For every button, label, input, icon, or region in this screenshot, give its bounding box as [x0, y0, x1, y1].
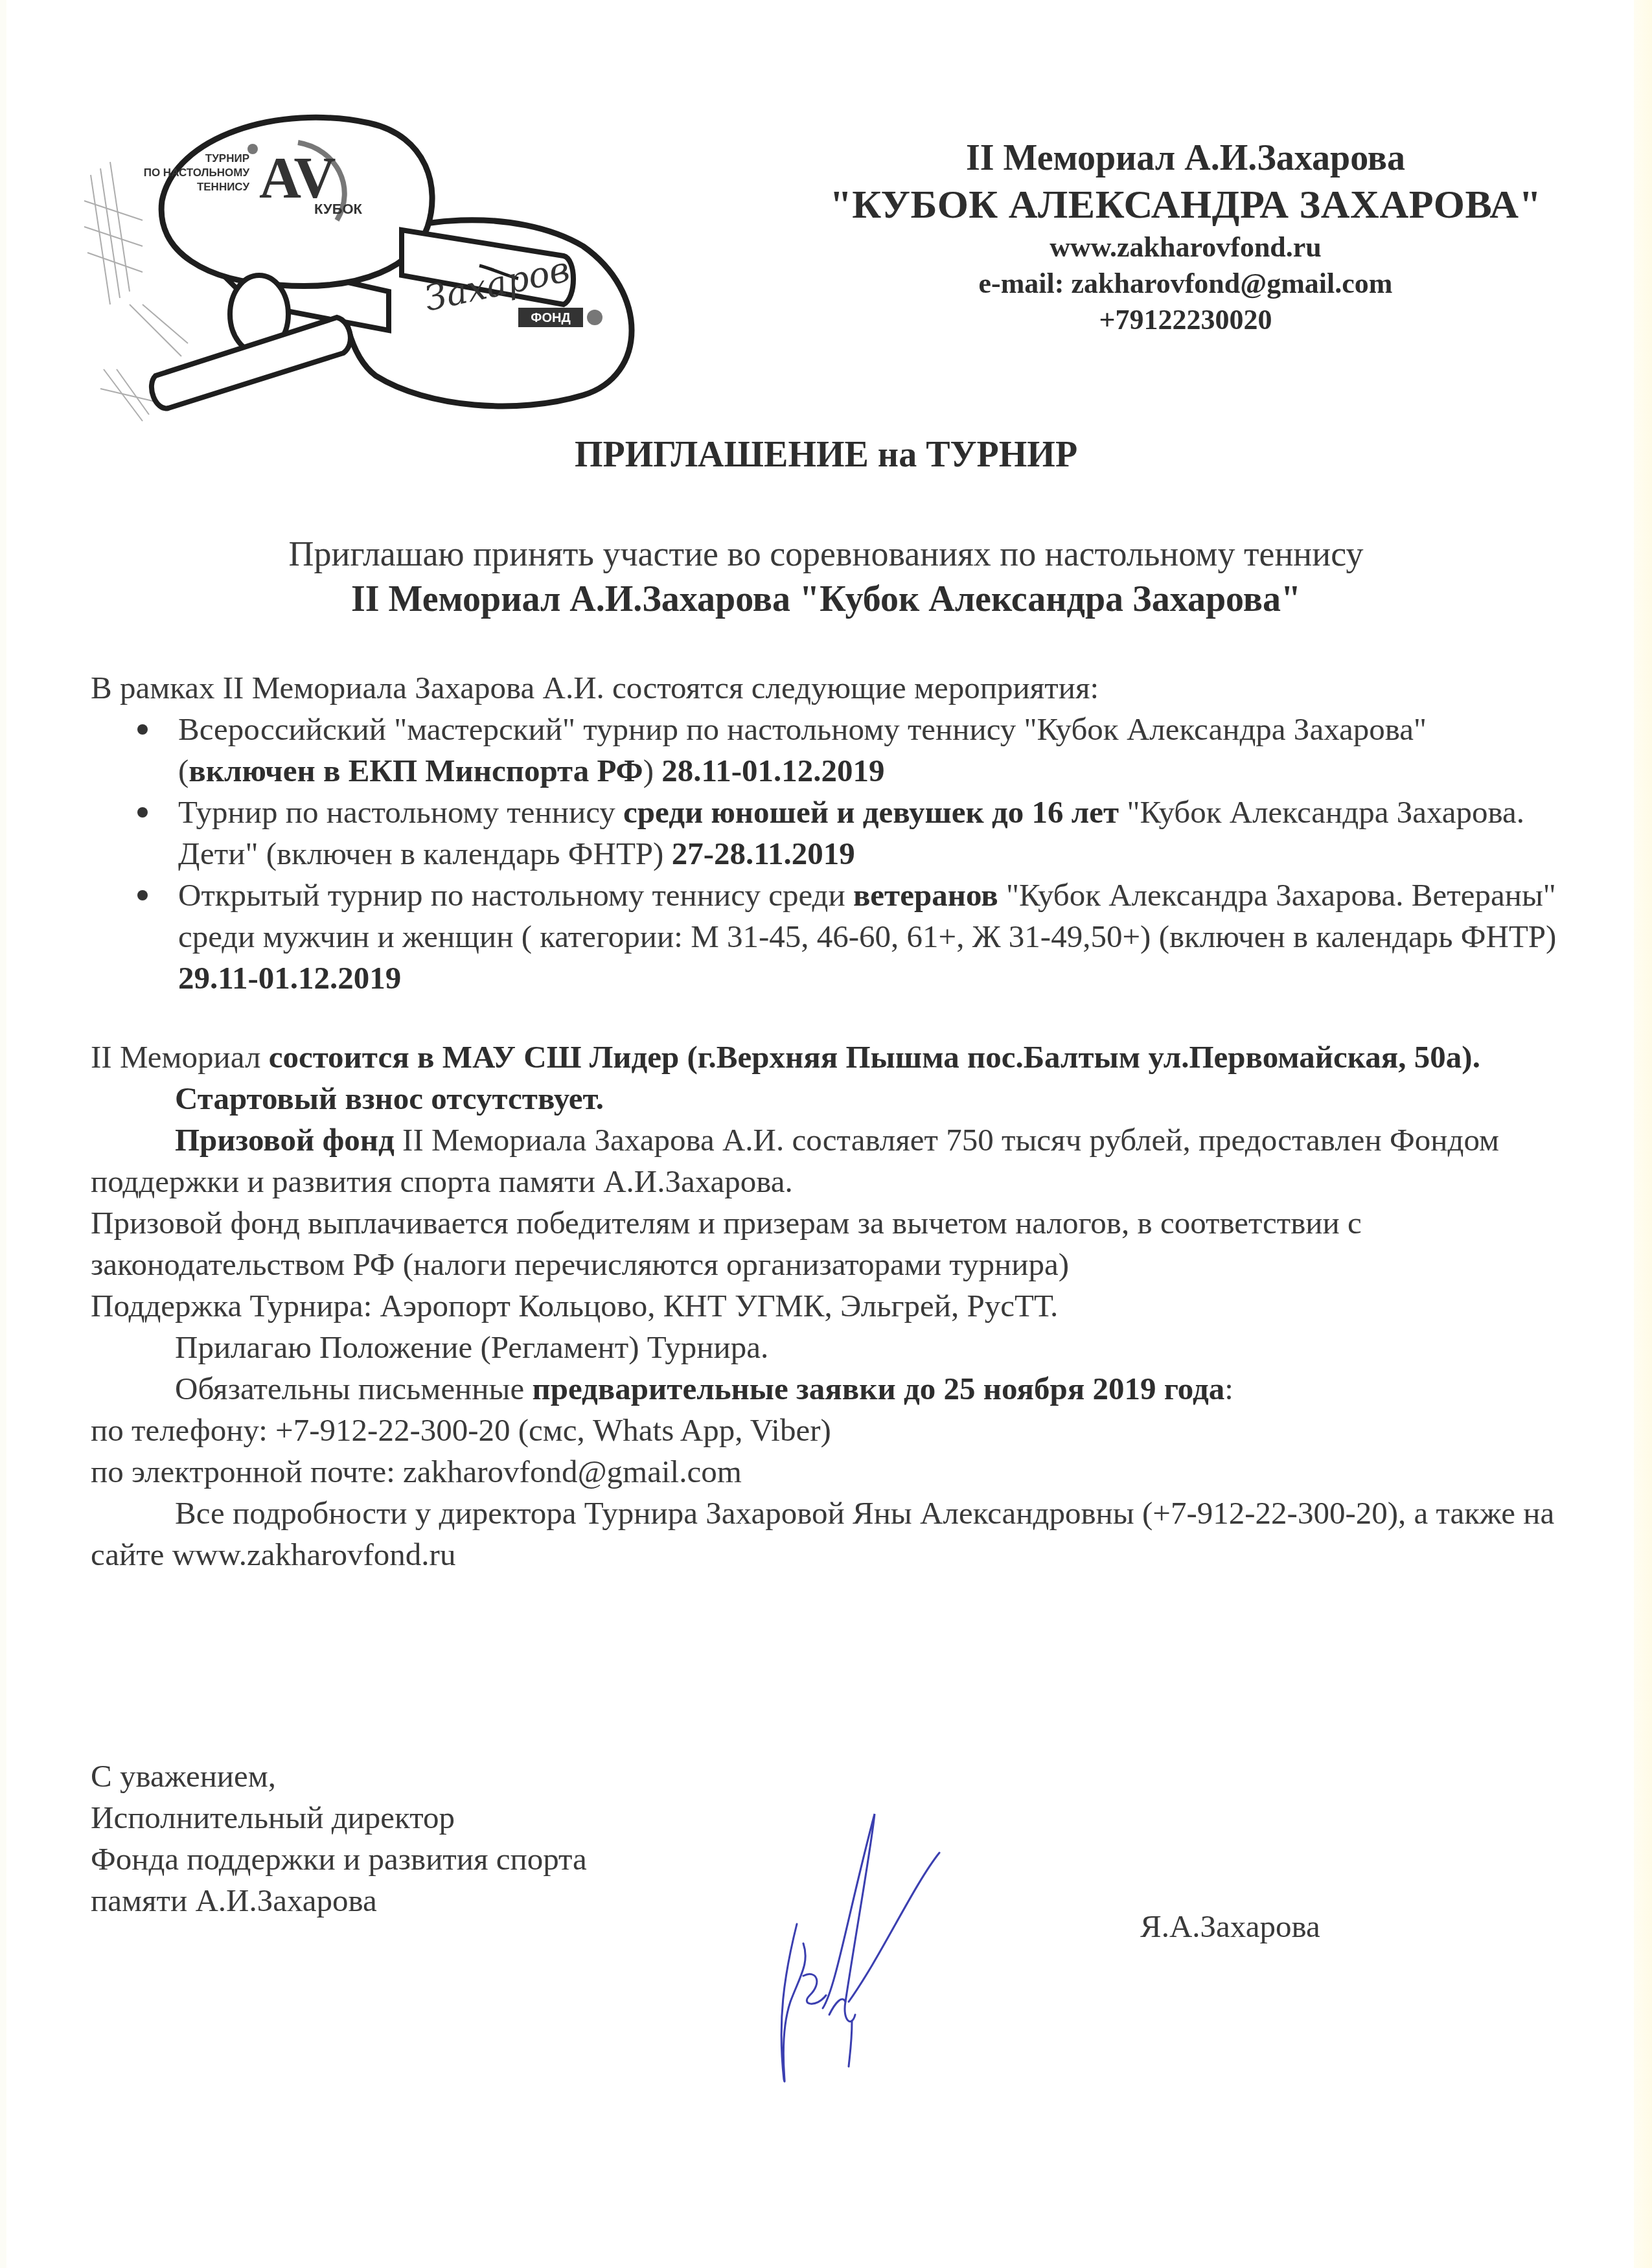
- event-item: Турнир по настольному теннису среди юнош…: [91, 792, 1568, 875]
- events-list: Всероссийский "мастерский" турнир по нас…: [91, 709, 1568, 999]
- contact-email: по электронной почте: zakharovfond@gmail…: [91, 1451, 1568, 1493]
- invitation-line: Приглашаю принять участие во соревновани…: [97, 531, 1555, 577]
- events-intro: В рамках II Мемориала Захарова А.И. сост…: [91, 667, 1568, 709]
- event-dates: 27-28.11.2019: [672, 836, 855, 871]
- bullet-icon: [137, 807, 148, 818]
- event-item: Открытый турнир по настольному теннису с…: [91, 875, 1568, 999]
- closing-organization: Фонда поддержки и развития спорта: [91, 1838, 587, 1880]
- details-contact: Все подробности у директора Турнира Заха…: [91, 1493, 1568, 1575]
- logo-text-line3: ТЕННИСУ: [197, 181, 250, 193]
- logo-text-line2: ПО НАСТОЛЬНОМУ: [144, 166, 250, 179]
- contact-phone: по телефону: +7-912-22-300-20 (смс, What…: [91, 1410, 1568, 1451]
- closing-position: Исполнительный директор: [91, 1797, 587, 1838]
- invitation-heading: Приглашаю принять участие во соревновани…: [97, 531, 1555, 622]
- letter-body: В рамках II Мемориала Захарова А.И. сост…: [91, 667, 1568, 1575]
- scan-edge-left: [0, 0, 6, 2268]
- event-item: Всероссийский "мастерский" турнир по нас…: [91, 709, 1568, 792]
- entry-fee: Стартовый взнос отсутствует.: [91, 1078, 1568, 1119]
- letterhead: II Мемориал А.И.Захарова "КУБОК АЛЕКСАНД…: [803, 136, 1568, 338]
- event-dates: 28.11-01.12.2019: [661, 753, 884, 788]
- bullet-icon: [137, 724, 148, 735]
- logo-cup-label: КУБОК: [314, 201, 363, 217]
- invitation-event-name: II Мемориал А.И.Захарова "Кубок Александ…: [97, 577, 1555, 622]
- logo-fund-label: ФОНД: [531, 311, 570, 325]
- document-title: ПРИГЛАШЕНИЕ на ТУРНИР: [0, 434, 1652, 475]
- closing-organization-cont: памяти А.И.Захарова: [91, 1880, 587, 1921]
- scan-edge-right: [1634, 0, 1652, 2268]
- ping-pong-paddles-icon: AV ТУРНИР ПО НАСТОЛЬНОМУ ТЕННИСУ КУБОК Ф…: [65, 97, 726, 434]
- sponsors: Поддержка Турнира: Аэропорт Кольцово, КН…: [91, 1285, 1568, 1327]
- closing-salutation: С уважением,: [91, 1756, 587, 1797]
- closing-block: С уважением, Исполнительный директор Фон…: [91, 1756, 587, 1921]
- letterhead-event: II Мемориал А.И.Захарова: [803, 136, 1568, 180]
- letterhead-email: e-mail: zakharovfond@gmail.com: [803, 266, 1568, 302]
- prize-fund: Призовой фонд II Мемориала Захарова А.И.…: [91, 1119, 1568, 1202]
- letterhead-website: www.zakharovfond.ru: [803, 229, 1568, 266]
- registration-deadline: Обязательны письменные предварительные з…: [91, 1368, 1568, 1410]
- event-dates: 29.11-01.12.2019: [178, 960, 401, 996]
- document-page: AV ТУРНИР ПО НАСТОЛЬНОМУ ТЕННИСУ КУБОК Ф…: [0, 0, 1652, 2268]
- letterhead-phone: +79122230020: [803, 302, 1568, 338]
- handwritten-signature-icon: [739, 1807, 1062, 2105]
- venue-paragraph: II Мемориал состоится в МАУ СШ Лидер (г.…: [91, 1037, 1568, 1078]
- attachment-note: Прилагаю Положение (Регламент) Турнира.: [91, 1327, 1568, 1368]
- signer-name: Я.А.Захарова: [1140, 1908, 1320, 1945]
- logo-text-line1: ТУРНИР: [205, 152, 249, 165]
- prize-payout: Призовой фонд выплачивается победителям …: [91, 1202, 1568, 1285]
- bullet-icon: [137, 890, 148, 900]
- letterhead-cup-name: "КУБОК АЛЕКСАНДРА ЗАХАРОВА": [803, 180, 1568, 229]
